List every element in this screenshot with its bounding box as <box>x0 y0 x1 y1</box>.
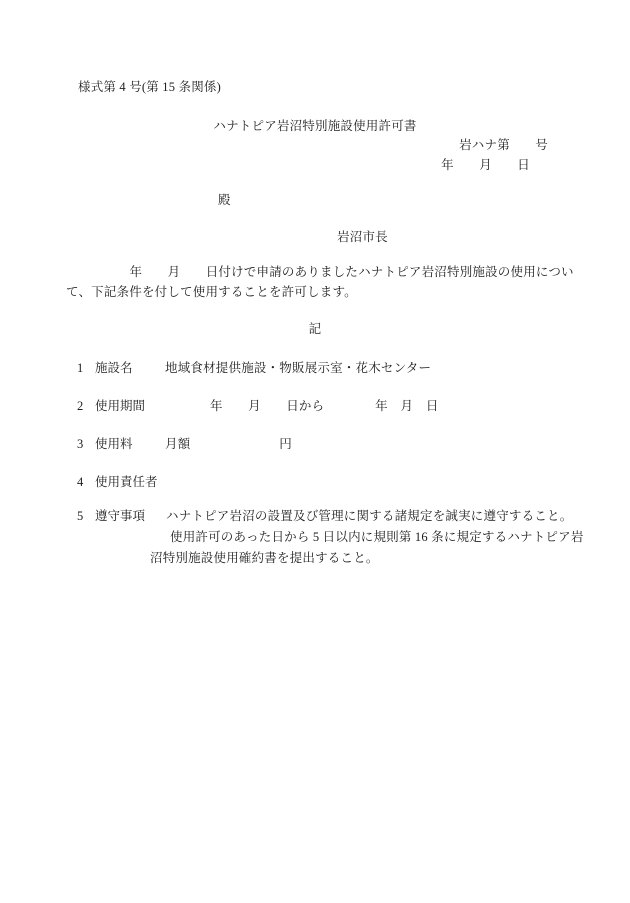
item-label: 使用期間 <box>95 398 145 414</box>
item-number: 4 <box>77 474 83 490</box>
body-paragraph-line-2: て、下記条件を付して使用することを許可します。 <box>66 284 357 300</box>
issuer-name: 岩沼市長 <box>337 229 388 245</box>
body-paragraph-line-1: 年 月 日付けで申請のありましたハナトピア岩沼特別施設の使用につい <box>66 264 574 280</box>
item-label: 使用料 <box>95 436 133 452</box>
re-heading: 記 <box>0 321 630 337</box>
document-title: ハナトピア岩沼特別施設使用許可書 <box>0 118 630 134</box>
item-value: 地域食材提供施設・物販展示室・花木センター <box>165 360 431 376</box>
item-label: 使用責任者 <box>95 474 158 490</box>
form-number: 様式第 4 号(第 15 条関係) <box>78 79 221 95</box>
addressee-honorific: 殿 <box>218 192 231 208</box>
item-value-line-1: ハナトピア岩沼の設置及び管理に関する諸規定を誠実に遵守すること。 <box>166 508 572 524</box>
item-number: 5 <box>77 508 83 524</box>
item-value: 月額 円 <box>165 436 292 452</box>
issue-date-line: 年 月 日 <box>441 157 530 173</box>
item-number: 3 <box>77 436 83 452</box>
item-label: 施設名 <box>95 360 133 376</box>
item-number: 2 <box>77 398 83 414</box>
document-page: 様式第 4 号(第 15 条関係) ハナトピア岩沼特別施設使用許可書 岩ハナ第 … <box>0 0 630 903</box>
item-label: 遵守事項 <box>95 508 145 524</box>
item-value-line-3: 沼特別施設使用確約書を提出すること。 <box>150 550 379 566</box>
item-value: 年 月 日から 年 月 日 <box>210 398 439 414</box>
item-number: 1 <box>77 360 83 376</box>
item-value-line-2: 使用許可のあった日から 5 日以内に規則第 16 条に規定するハナトピア岩 <box>170 529 584 545</box>
reference-number-line: 岩ハナ第 号 <box>459 137 548 153</box>
